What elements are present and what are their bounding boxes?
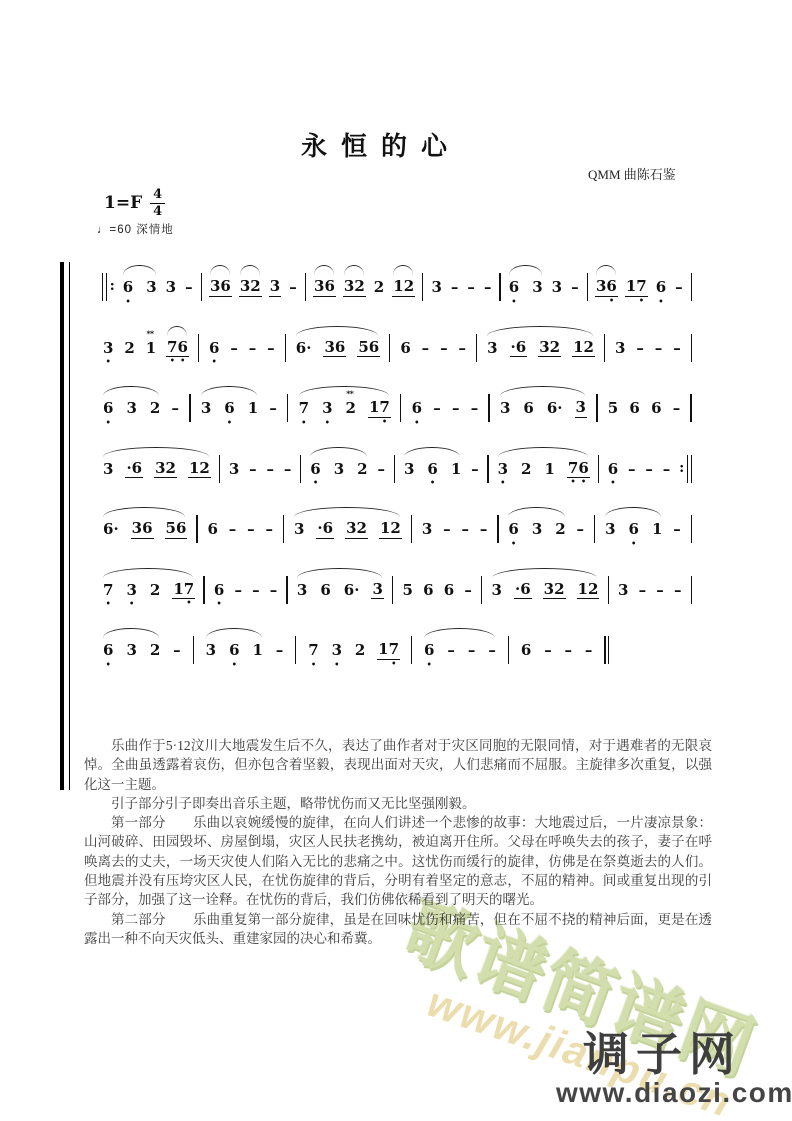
barline-stroke bbox=[608, 576, 609, 604]
note: 36 bbox=[209, 277, 232, 297]
barline bbox=[598, 455, 599, 483]
barline-stroke bbox=[687, 455, 688, 483]
note: 3 bbox=[293, 519, 305, 539]
octave-dot-below: • bbox=[414, 418, 419, 426]
octave-dot-below: • bbox=[511, 297, 516, 305]
barline-stroke bbox=[691, 334, 692, 362]
note: 1 7• bbox=[377, 640, 400, 660]
barline bbox=[422, 273, 423, 301]
note: 2 bbox=[373, 277, 385, 297]
octave-dot-below: • bbox=[212, 357, 217, 365]
note: ·6 bbox=[316, 519, 334, 539]
system-bracket-thin-line bbox=[69, 262, 70, 790]
slur-arc bbox=[206, 628, 262, 638]
duration-dash: – bbox=[461, 519, 471, 539]
duration-dash: – bbox=[654, 338, 664, 358]
slur-group: 36 bbox=[209, 277, 232, 297]
barline bbox=[196, 515, 197, 543]
barline bbox=[481, 576, 482, 604]
slur-arc bbox=[167, 326, 187, 336]
barline bbox=[219, 455, 220, 483]
note: 6 bbox=[206, 519, 218, 539]
barline bbox=[690, 394, 691, 422]
slur-group: 6•––– bbox=[423, 640, 497, 660]
duration-dash: – bbox=[673, 580, 683, 600]
slur-group: 6·3656 bbox=[102, 519, 187, 539]
barline-stroke bbox=[300, 455, 301, 483]
song-title: 永恒的心 bbox=[0, 126, 762, 163]
octave-dot-below: • bbox=[581, 477, 586, 485]
slur-arc bbox=[123, 265, 156, 275]
note: 6 bbox=[520, 640, 532, 660]
note: 3 bbox=[145, 277, 157, 297]
time-signature: 4 4 bbox=[150, 188, 165, 218]
note: 5 bbox=[607, 398, 619, 418]
slur-arc bbox=[103, 447, 209, 457]
note: 3 bbox=[200, 398, 212, 418]
program-notes: 乐曲作于5·12汶川大地震发生后不久，表达了曲作者对于灾区同胞的无限同情，对于遇… bbox=[84, 736, 712, 948]
slur-arc bbox=[240, 265, 260, 275]
program-notes-paragraph: 乐曲作于5·12汶川大地震发生后不久，表达了曲作者对于灾区同胞的无限同情，对于遇… bbox=[84, 736, 712, 794]
slur-group: 6•32 bbox=[309, 459, 368, 479]
duration-dash: – bbox=[479, 519, 489, 539]
note: 1∗∗ bbox=[145, 338, 157, 358]
note: 6• bbox=[607, 459, 619, 479]
octave-dot-below: • bbox=[325, 418, 330, 426]
mordent-ornament: ∗∗ bbox=[146, 327, 153, 337]
octave-dot-below: • bbox=[186, 598, 191, 606]
note: 6• bbox=[102, 640, 114, 660]
note: 6 bbox=[319, 580, 331, 600]
slur-group: 36•1 bbox=[205, 640, 264, 660]
slur-arc bbox=[509, 265, 542, 275]
note: 3 bbox=[531, 519, 543, 539]
slur-group: 36•1 bbox=[604, 519, 663, 539]
note: 3 bbox=[205, 640, 217, 660]
final-barline bbox=[604, 636, 609, 664]
note: 7• bbox=[307, 640, 319, 660]
slur-arc bbox=[498, 447, 588, 457]
octave-dot-below: • bbox=[639, 296, 644, 304]
repeat-dots: : bbox=[679, 461, 684, 475]
octave-dot-below: • bbox=[610, 478, 615, 486]
note: 3 bbox=[403, 459, 415, 479]
barline bbox=[392, 576, 393, 604]
slur-arc bbox=[297, 568, 382, 578]
barline-stroke bbox=[189, 394, 190, 422]
note: 3• bbox=[321, 398, 333, 418]
barline-stroke bbox=[106, 273, 107, 301]
slur-arc bbox=[296, 326, 378, 336]
note: 3• bbox=[102, 338, 114, 358]
system-bracket-thick-line bbox=[60, 262, 64, 790]
slur-group: 12 bbox=[392, 277, 415, 297]
slur-group: 3·6321 2 bbox=[491, 580, 600, 600]
duration-dash: – bbox=[171, 398, 181, 418]
slur-arc bbox=[404, 447, 460, 457]
note: 5 bbox=[402, 580, 414, 600]
tempo-row: ♩=60 深情地 bbox=[97, 221, 174, 237]
duration-dash: – bbox=[662, 459, 672, 479]
barline-stroke bbox=[476, 334, 477, 362]
jianpu-notation-score: :6•33–36323–3 6322123–––6•33–3 6•17•6•–3… bbox=[102, 252, 692, 676]
duration-dash: – bbox=[283, 459, 293, 479]
mordent-ornament: ∗∗ bbox=[346, 387, 353, 397]
slur-arc bbox=[492, 568, 598, 578]
note: 6• bbox=[309, 459, 321, 479]
program-notes-paragraph: 第一部分 乐曲以哀婉缓慢的旋律，在向人们讲述一个悲惨的故事：大地震过后，一片凄凉… bbox=[84, 813, 712, 909]
barline bbox=[286, 576, 287, 604]
octave-dot-below: • bbox=[430, 478, 435, 486]
note: 3 6 bbox=[313, 277, 336, 297]
duration-dash: – bbox=[442, 519, 452, 539]
octave-dot-below: • bbox=[232, 660, 237, 668]
barline-stroke bbox=[691, 576, 692, 604]
barline bbox=[400, 394, 401, 422]
note: 32 bbox=[538, 338, 561, 358]
note: ·6 bbox=[514, 580, 532, 600]
octave-dot-below: • bbox=[571, 477, 576, 485]
note: 6• bbox=[507, 519, 519, 539]
barline-stroke bbox=[102, 273, 103, 301]
duration-dash: – bbox=[576, 519, 586, 539]
duration-dash: – bbox=[251, 580, 261, 600]
duration-dash: – bbox=[470, 459, 480, 479]
octave-dot-below: • bbox=[500, 478, 505, 486]
note: 6• bbox=[122, 277, 134, 297]
begin-repeat-barline: : bbox=[102, 273, 115, 301]
duration-dash: – bbox=[655, 580, 665, 600]
duration-dash: – bbox=[248, 338, 258, 358]
barline-stroke bbox=[196, 515, 197, 543]
note: 1 2 bbox=[577, 580, 600, 600]
repeat-dots: : bbox=[110, 279, 115, 293]
duration-dash: – bbox=[450, 277, 460, 297]
note: 5 6 bbox=[357, 338, 380, 358]
duration-dash: – bbox=[627, 459, 637, 479]
duration-dash: – bbox=[463, 580, 473, 600]
octave-dot-below: • bbox=[609, 296, 614, 304]
duration-dash: – bbox=[672, 338, 682, 358]
barline bbox=[287, 394, 288, 422]
barline-stroke bbox=[286, 576, 287, 604]
barline-stroke bbox=[594, 515, 595, 543]
note: 3 bbox=[102, 459, 114, 479]
sheet-music-page: 永恒的心 QMM 曲陈石鉴 1=F 4 4 ♩=60 深情地 :6•33–363… bbox=[0, 0, 792, 1121]
slur-group: 3 6• bbox=[595, 277, 618, 297]
note: 3 bbox=[575, 398, 587, 418]
barline-stroke bbox=[411, 636, 412, 664]
duration-dash: – bbox=[674, 277, 684, 297]
note: 12 bbox=[392, 277, 415, 297]
barline bbox=[508, 636, 509, 664]
note: 17• bbox=[625, 277, 648, 297]
barline bbox=[587, 273, 588, 301]
note: 6• bbox=[208, 338, 220, 358]
barline bbox=[596, 394, 597, 422]
barline bbox=[203, 576, 204, 604]
slur-arc bbox=[314, 265, 334, 275]
note: 6 bbox=[443, 580, 455, 600]
slur-arc bbox=[596, 265, 616, 275]
note: 6• bbox=[426, 459, 438, 479]
slur-group: 7•3•2∗∗1 7• bbox=[298, 398, 391, 418]
slur-group: 32 bbox=[343, 277, 366, 297]
note: 3 bbox=[296, 580, 308, 600]
note: 2 bbox=[149, 580, 161, 600]
note: 3 bbox=[617, 580, 629, 600]
slur-arc bbox=[210, 265, 230, 275]
slur-arc bbox=[508, 507, 564, 517]
slur-group: 6•3 bbox=[508, 277, 544, 297]
barline bbox=[394, 455, 395, 483]
octave-dot-below: • bbox=[511, 539, 516, 547]
note: 56 bbox=[165, 519, 188, 539]
barline-stroke bbox=[608, 636, 609, 664]
barline-stroke bbox=[389, 334, 390, 362]
barline bbox=[608, 576, 609, 604]
barline-stroke bbox=[587, 273, 588, 301]
time-signature-denominator: 4 bbox=[153, 204, 162, 219]
barline bbox=[487, 455, 488, 483]
slur-arc bbox=[393, 265, 413, 275]
note: 6• bbox=[213, 580, 225, 600]
octave-dot-below: • bbox=[382, 417, 387, 425]
note: 3 bbox=[499, 398, 511, 418]
note: 3 bbox=[333, 459, 345, 479]
duration-dash: – bbox=[446, 640, 456, 660]
slur-arc bbox=[201, 386, 257, 396]
slur-group: 3•217• 6• bbox=[497, 459, 590, 479]
slur-arc bbox=[344, 265, 364, 275]
note: 3 bbox=[371, 580, 383, 600]
barline bbox=[389, 334, 390, 362]
barline bbox=[497, 515, 498, 543]
slur-group: 3·6321 2 bbox=[293, 519, 402, 539]
duration-dash: – bbox=[570, 277, 580, 297]
note: 1 bbox=[252, 640, 264, 660]
notation-line: 6•32–36•1–7•3•2∗∗1 7•6•–––366·3566– bbox=[102, 373, 692, 434]
slur-arc bbox=[424, 628, 495, 638]
note: 1 bbox=[543, 459, 555, 479]
barline bbox=[488, 394, 489, 422]
octave-dot-below: • bbox=[658, 297, 663, 305]
slur-arc bbox=[299, 386, 389, 396]
barline-stroke bbox=[287, 394, 288, 422]
barline bbox=[691, 334, 692, 362]
barline-stroke bbox=[400, 394, 401, 422]
barline-stroke bbox=[285, 334, 286, 362]
duration-dash: – bbox=[264, 519, 274, 539]
octave-dot-below: • bbox=[106, 357, 111, 365]
note: 36 bbox=[131, 519, 154, 539]
octave-dot-below: • bbox=[170, 356, 175, 364]
duration-dash: – bbox=[638, 580, 648, 600]
note: 6 bbox=[522, 398, 534, 418]
octave-dot-below: • bbox=[216, 599, 221, 607]
octave-dot-below: • bbox=[313, 478, 318, 486]
duration-dash: – bbox=[228, 519, 238, 539]
expression-marking: 深情地 bbox=[136, 224, 174, 236]
note: 32 bbox=[343, 277, 366, 297]
note: 3• bbox=[331, 640, 343, 660]
duration-dash: – bbox=[172, 640, 182, 660]
barline-stroke bbox=[295, 636, 296, 664]
barline-stroke bbox=[508, 636, 509, 664]
barline bbox=[499, 273, 500, 301]
duration-dash: – bbox=[543, 640, 553, 660]
barline-stroke bbox=[394, 455, 395, 483]
note: 17• bbox=[172, 580, 195, 600]
octave-dot-below: • bbox=[311, 660, 316, 668]
barline bbox=[691, 515, 692, 543]
slur-arc bbox=[500, 386, 585, 396]
duration-dash: – bbox=[584, 640, 594, 660]
octave-dot-below: • bbox=[631, 539, 636, 547]
note: 3 bbox=[421, 519, 433, 539]
slur-arc bbox=[103, 386, 159, 396]
duration-dash: – bbox=[184, 277, 194, 297]
duration-dash: – bbox=[672, 519, 682, 539]
note: 6· bbox=[343, 580, 361, 600]
duration-dash: – bbox=[635, 338, 645, 358]
note: 3 bbox=[269, 277, 281, 297]
note: 32 bbox=[345, 519, 368, 539]
slur-group: 366·3 bbox=[296, 580, 384, 600]
slur-group: 6·365 6 bbox=[295, 338, 380, 358]
note: 6 bbox=[650, 398, 662, 418]
note: 3 bbox=[430, 277, 442, 297]
note: 6• bbox=[508, 277, 520, 297]
duration-dash: – bbox=[644, 459, 654, 479]
duration-dash: – bbox=[248, 459, 258, 479]
duration-dash: – bbox=[266, 338, 276, 358]
note: 3 6• bbox=[595, 277, 618, 297]
barline-stroke bbox=[198, 334, 199, 362]
duration-dash: – bbox=[269, 580, 279, 600]
time-signature-numerator: 4 bbox=[150, 188, 165, 204]
notation-line: 3•21∗∗7•6•6•–––6·365 66–––3·6321 23––– bbox=[102, 313, 692, 374]
barline bbox=[594, 515, 595, 543]
note: 12 bbox=[188, 459, 211, 479]
key-signature: 1=F bbox=[104, 193, 142, 213]
duration-dash: – bbox=[229, 338, 239, 358]
barline bbox=[305, 273, 306, 301]
barline-stroke bbox=[219, 455, 220, 483]
note: 1 2 bbox=[572, 338, 595, 358]
note: 7• bbox=[102, 580, 114, 600]
duration-dash: – bbox=[421, 338, 431, 358]
slur-group: 36•1 bbox=[200, 398, 259, 418]
slur-arc bbox=[103, 507, 185, 517]
note: 1 bbox=[651, 519, 663, 539]
note: 6• bbox=[223, 398, 235, 418]
note: 2 bbox=[149, 640, 161, 660]
barline-stroke bbox=[499, 273, 500, 301]
note: 2 bbox=[554, 519, 566, 539]
barline-stroke bbox=[283, 515, 284, 543]
barline bbox=[193, 636, 194, 664]
duration-dash: – bbox=[432, 398, 442, 418]
barline-stroke bbox=[422, 273, 423, 301]
note: 6 bbox=[628, 398, 640, 418]
slur-arc bbox=[487, 326, 593, 336]
key-signature-row: 1=F 4 4 bbox=[104, 188, 165, 218]
octave-dot-below: • bbox=[106, 418, 111, 426]
note: 6 bbox=[422, 580, 434, 600]
notation-line: 6·36566–––3·6321 23–––6•32–36•1– bbox=[102, 494, 692, 555]
duration-dash: – bbox=[439, 338, 449, 358]
barline-stroke bbox=[691, 273, 692, 301]
slur-group: 3·6321 2 bbox=[486, 338, 595, 358]
note: 6• bbox=[628, 519, 640, 539]
note: 6 bbox=[399, 338, 411, 358]
octave-dot-below: • bbox=[180, 356, 185, 364]
slur-arc bbox=[605, 507, 661, 517]
note: 2 bbox=[123, 338, 135, 358]
note: 6• bbox=[228, 640, 240, 660]
slur-group: 6•32 bbox=[102, 640, 161, 660]
note: 2∗∗ bbox=[345, 398, 357, 418]
note: 3 bbox=[531, 277, 543, 297]
barline-stroke bbox=[392, 576, 393, 604]
note: 6• bbox=[423, 640, 435, 660]
duration-dash: – bbox=[233, 580, 243, 600]
barline-stroke bbox=[481, 576, 482, 604]
barline bbox=[189, 394, 190, 422]
octave-dot-below: • bbox=[125, 297, 130, 305]
note: 3 bbox=[486, 338, 498, 358]
slur-group: 366·3 bbox=[499, 398, 587, 418]
note: 3 bbox=[228, 459, 240, 479]
note: 3• bbox=[125, 580, 137, 600]
duration-dash: – bbox=[467, 640, 477, 660]
barline-stroke bbox=[305, 273, 306, 301]
slur-arc bbox=[103, 628, 159, 638]
octave-dot-below: • bbox=[106, 599, 111, 607]
duration-dash: – bbox=[451, 398, 461, 418]
watermark-diaozi-url: www.diaozi.com bbox=[556, 1077, 792, 1109]
end-repeat-barline: : bbox=[679, 455, 692, 483]
duration-dash: – bbox=[457, 338, 467, 358]
barline bbox=[285, 334, 286, 362]
slur-group: 36•1 bbox=[403, 459, 462, 479]
barline bbox=[295, 636, 296, 664]
octave-dot-below: • bbox=[334, 660, 339, 668]
barline-stroke bbox=[596, 394, 597, 422]
composer-credit: QMM 曲陈石鉴 bbox=[588, 164, 676, 183]
note: 7•6• bbox=[166, 338, 189, 358]
barline bbox=[411, 515, 412, 543]
note: 32 bbox=[239, 277, 262, 297]
note: 3 bbox=[551, 277, 563, 297]
slur-arc bbox=[294, 507, 400, 517]
barline-stroke bbox=[193, 636, 194, 664]
notation-line: 6•32–36•1–7•3•21 7•6•–––6––– bbox=[102, 615, 609, 676]
barline bbox=[691, 576, 692, 604]
duration-dash: – bbox=[376, 459, 386, 479]
octave-dot-below: • bbox=[227, 418, 232, 426]
barline-stroke bbox=[487, 455, 488, 483]
program-notes-paragraph: 引子部分引子即奏出音乐主题，略带忧伤而又无比坚强刚毅。 bbox=[84, 794, 712, 813]
barline-stroke bbox=[691, 515, 692, 543]
note: 6• bbox=[655, 277, 667, 297]
note: 2 bbox=[149, 398, 161, 418]
barline bbox=[411, 636, 412, 664]
note: 3 bbox=[491, 580, 503, 600]
barline-stroke bbox=[690, 394, 691, 422]
slur-arc bbox=[310, 447, 366, 457]
